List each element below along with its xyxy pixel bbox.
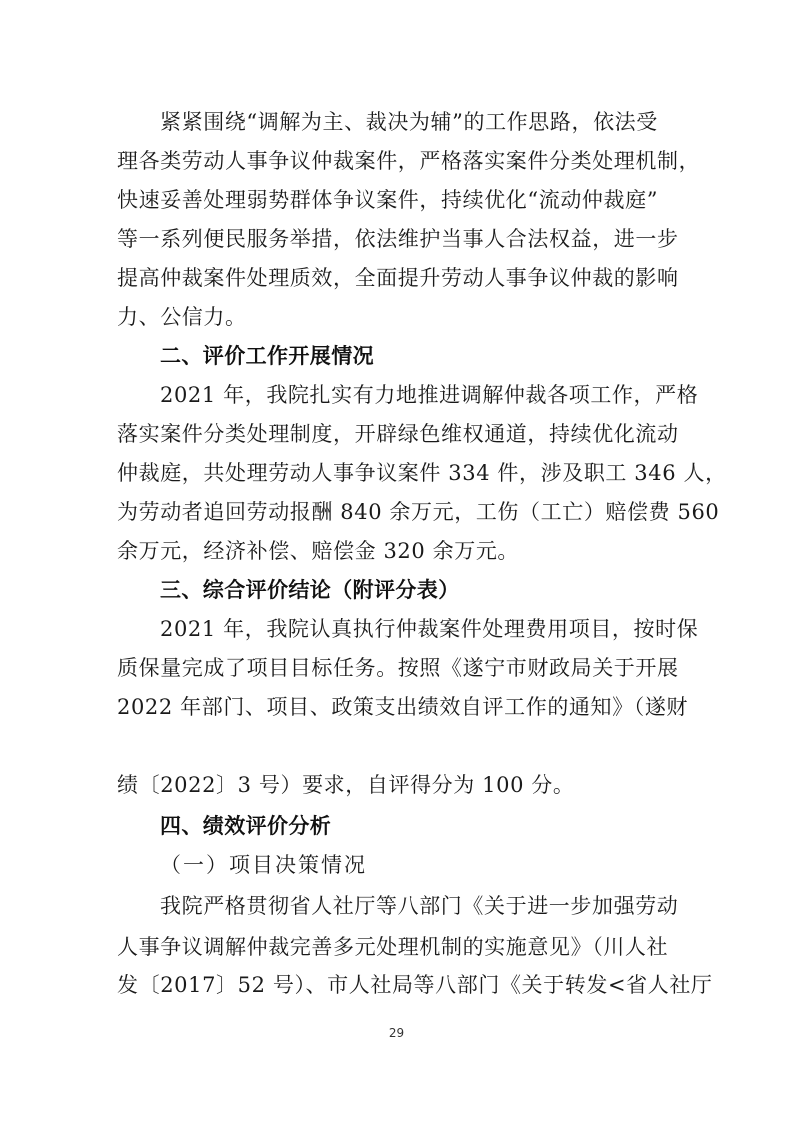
paragraph-line: 发〔2017〕52 号）、市人社局等八部门《关于转发<省人社厅 — [117, 970, 687, 1000]
section-heading-3: 三、综合评价结论（附评分表） — [160, 575, 730, 605]
paragraph-line: 提高仲裁案件处理质效，全面提升劳动人事争议仲裁的影响 — [117, 263, 687, 293]
paragraph-line: 落实案件分类处理制度，开辟绿色维权通道，持续优化流动 — [117, 419, 687, 449]
page-number: 29 — [0, 1026, 793, 1040]
paragraph-line: 快速妥善处理弱势群体争议案件，持续优化“流动仲裁庭” — [117, 185, 687, 215]
paragraph-line: 人事争议调解仲裁完善多元处理机制的实施意见》（川人社 — [117, 932, 687, 962]
paragraph-line: 2021 年，我院认真执行仲裁案件处理费用项目，按时保 — [160, 614, 730, 644]
paragraph-line: 力、公信力。 — [117, 302, 687, 332]
section-heading-4: 四、绩效评价分析 — [160, 811, 730, 841]
subsection-heading-1: （一）项目决策情况 — [160, 850, 730, 880]
section-heading-2: 二、评价工作开展情况 — [160, 341, 730, 371]
paragraph-line: 等一系列便民服务举措，依法维护当事人合法权益，进一步 — [117, 224, 687, 254]
paragraph-line: 理各类劳动人事争议仲裁案件，严格落实案件分类处理机制， — [117, 146, 687, 176]
paragraph-line: 为劳动者追回劳动报酬 840 余万元，工伤（工亡）赔偿费 560 — [117, 497, 687, 527]
paragraph-line: 2022 年部门、项目、政策支出绩效自评工作的通知》（遂财 — [117, 692, 687, 722]
paragraph-line: 我院严格贯彻省人社厅等八部门《关于进一步加强劳动 — [160, 891, 730, 921]
paragraph-line: 仲裁庭，共处理劳动人事争议案件 334 件，涉及职工 346 人， — [117, 458, 687, 488]
paragraph-line: 绩〔2022〕3 号）要求，自评得分为 100 分。 — [117, 770, 687, 800]
paragraph-line: 质保量完成了项目目标任务。按照《遂宁市财政局关于开展 — [117, 653, 687, 683]
document-page: 紧紧围绕“调解为主、裁决为辅”的工作思路，依法受 理各类劳动人事争议仲裁案件，严… — [0, 0, 793, 1122]
paragraph-line: 紧紧围绕“调解为主、裁决为辅”的工作思路，依法受 — [160, 107, 730, 137]
paragraph-line: 余万元，经济补偿、赔偿金 320 余万元。 — [117, 536, 687, 566]
paragraph-line: 2021 年，我院扎实有力地推进调解仲裁各项工作，严格 — [160, 380, 730, 410]
